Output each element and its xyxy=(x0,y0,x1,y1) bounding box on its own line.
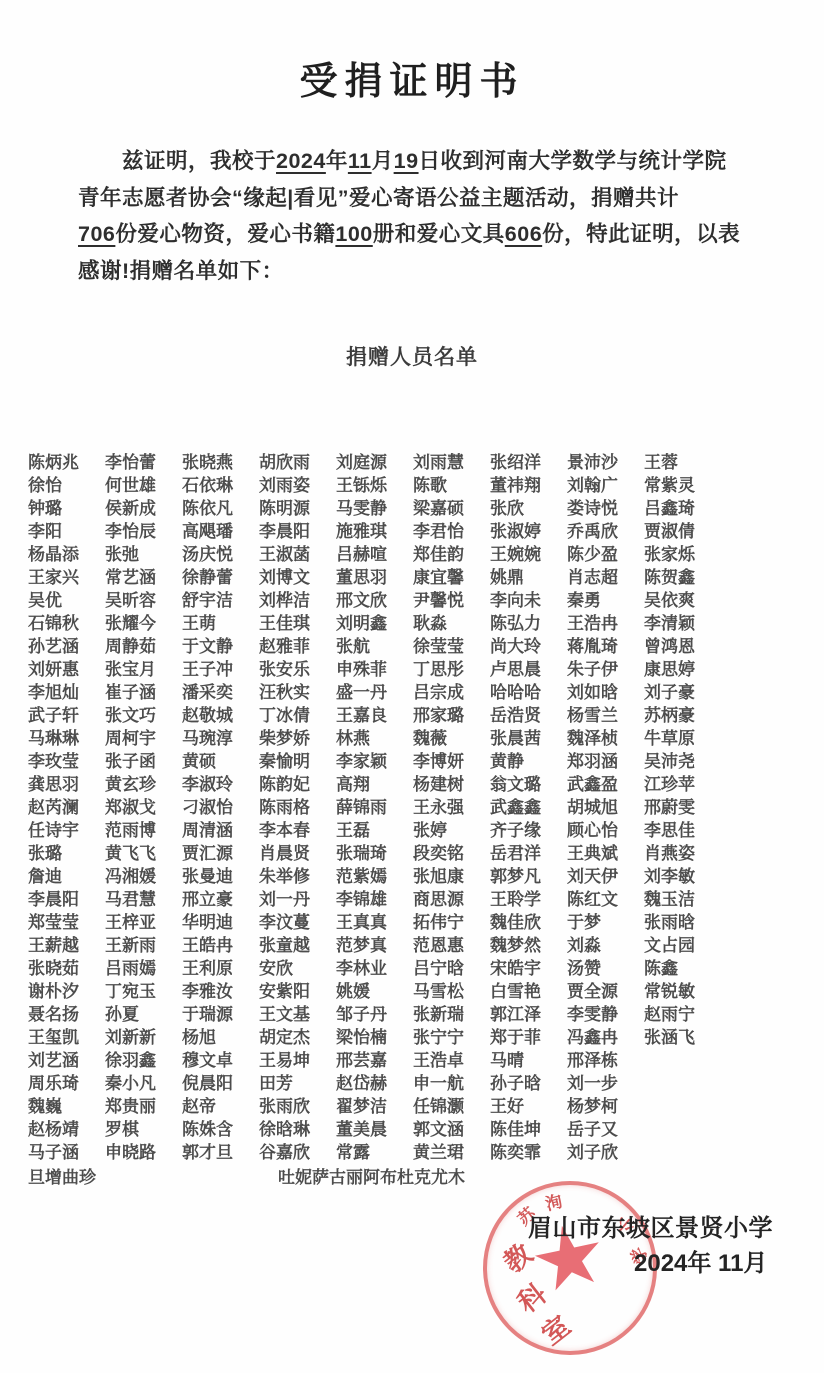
donor-name: 张雨晗 xyxy=(644,911,721,934)
donor-name: 谷嘉欣 xyxy=(259,1141,336,1164)
donor-name: 旦增曲珍 xyxy=(28,1163,96,1188)
donor-name: 刘翰广 xyxy=(567,474,644,497)
donor-name: 王玺凯 xyxy=(28,1026,105,1049)
donor-name: 陈歌 xyxy=(413,474,490,497)
donor-name: 王淑菡 xyxy=(259,543,336,566)
donor-name: 李锦雄 xyxy=(336,888,413,911)
donor-name: 胡欣雨 xyxy=(259,451,336,474)
donor-name: 谢朴汐 xyxy=(28,980,105,1003)
donor-name: 陈炳兆 xyxy=(28,451,105,474)
donor-name: 安紫阳 xyxy=(259,980,336,1003)
donor-name: 刘新新 xyxy=(105,1026,182,1049)
donor-name: 胡城旭 xyxy=(567,796,644,819)
donor-name xyxy=(644,1118,721,1141)
donor-name: 杨建树 xyxy=(413,773,490,796)
donor-name: 姚媛 xyxy=(336,980,413,1003)
donor-name: 牛草原 xyxy=(644,727,721,750)
donor-name: 薛锦雨 xyxy=(336,796,413,819)
donor-name: 康宜馨 xyxy=(413,566,490,589)
donor-name: 陈奕霏 xyxy=(490,1141,567,1164)
donor-name: 王皓冉 xyxy=(182,934,259,957)
donor-name: 邢文欣 xyxy=(336,589,413,612)
donor-name: 张曼迪 xyxy=(182,865,259,888)
donor-name: 李汶蔓 xyxy=(259,911,336,934)
donor-name: 岳君洋 xyxy=(490,842,567,865)
donor-name: 李清颖 xyxy=(644,612,721,635)
donor-name: 尹馨悦 xyxy=(413,589,490,612)
donor-name: 杨旭 xyxy=(182,1026,259,1049)
donor-name: 陈雨格 xyxy=(259,796,336,819)
donor-name: 郑贵丽 xyxy=(105,1095,182,1118)
donor-name: 詹迪 xyxy=(28,865,105,888)
donor-name: 于瑞源 xyxy=(182,1003,259,1026)
donor-name: 舒宇洁 xyxy=(182,589,259,612)
donor-name: 魏佳欣 xyxy=(490,911,567,934)
donor-name: 冯湘媛 xyxy=(105,865,182,888)
donor-grid: 陈炳兆李怡蕾张晓燕胡欣雨刘庭源刘雨慧张绍洋景沛沙王蓉徐怡何世雄石依琳刘雨姿王铄烁… xyxy=(28,451,721,1164)
donor-name: 张晓燕 xyxy=(182,451,259,474)
donor-name: 范梦真 xyxy=(336,934,413,957)
donor-name: 王萌 xyxy=(182,612,259,635)
donor-name: 范紫嫣 xyxy=(336,865,413,888)
donor-name: 商思源 xyxy=(413,888,490,911)
donor-name: 张耀今 xyxy=(105,612,182,635)
donor-name: 王新雨 xyxy=(105,934,182,957)
donor-name: 汤赞 xyxy=(567,957,644,980)
donor-name: 郑于菲 xyxy=(490,1026,567,1049)
donor-name: 刘淼 xyxy=(567,934,644,957)
donor-name: 郑羽涵 xyxy=(567,750,644,773)
paragraph-text: 青年志愿者协会“缘起|看见”爱心寄语公益主题活动，捐赠共计 xyxy=(78,186,679,210)
donor-name: 王浩卓 xyxy=(413,1049,490,1072)
donor-name: 华明迪 xyxy=(182,911,259,934)
donor-name: 张弛 xyxy=(105,543,182,566)
donor-name: 周乐琦 xyxy=(28,1072,105,1095)
donor-name: 乔禹欣 xyxy=(567,520,644,543)
donor-name: 吴优 xyxy=(28,589,105,612)
donor-name: 石依琳 xyxy=(182,474,259,497)
donor-name: 石锦秋 xyxy=(28,612,105,635)
donor-name xyxy=(644,1095,721,1118)
donor-name xyxy=(644,1141,721,1164)
donor-name: 张航 xyxy=(336,635,413,658)
donor-name: 娄诗悦 xyxy=(567,497,644,520)
donor-name: 哈哈哈 xyxy=(490,681,567,704)
donor-name: 吕赫喧 xyxy=(336,543,413,566)
donor-name: 马君慧 xyxy=(105,888,182,911)
donor-name: 黄飞飞 xyxy=(105,842,182,865)
donor-name: 刁淑怡 xyxy=(182,796,259,819)
donor-name: 岳子又 xyxy=(567,1118,644,1141)
donor-name: 常锐敏 xyxy=(644,980,721,1003)
donor-name: 卢思晨 xyxy=(490,658,567,681)
donor-name: 龚思羽 xyxy=(28,773,105,796)
donor-name: 景沛沙 xyxy=(567,451,644,474)
donor-grid-last-row: 旦增曲珍 吐妮萨古丽阿布杜克尤木 xyxy=(28,1163,788,1186)
donor-name: 李博妍 xyxy=(413,750,490,773)
donor-name: 田芳 xyxy=(259,1072,336,1095)
donor-name: 江珍苹 xyxy=(644,773,721,796)
donor-name: 吴沛尧 xyxy=(644,750,721,773)
donor-name: 魏薇 xyxy=(413,727,490,750)
donor-name: 吕雨嫣 xyxy=(105,957,182,980)
donor-name xyxy=(644,1049,721,1072)
donation-certificate-page: 受捐证明书 兹证明，我校于2024年11月19日收到河南大学数学与统计学院青年志… xyxy=(0,0,824,1373)
donor-name: 秦勇 xyxy=(567,589,644,612)
donor-name: 刘雨慧 xyxy=(413,451,490,474)
donor-name: 李玫莹 xyxy=(28,750,105,773)
donor-name: 高飓璠 xyxy=(182,520,259,543)
donor-name: 刘子欣 xyxy=(567,1141,644,1164)
donor-name: 李雯静 xyxy=(567,1003,644,1026)
donor-name: 黄玄珍 xyxy=(105,773,182,796)
donor-name: 魏泽桢 xyxy=(567,727,644,750)
page-title: 受捐证明书 xyxy=(0,50,824,105)
donor-name: 李本春 xyxy=(259,819,336,842)
donor-name: 杨晶添 xyxy=(28,543,105,566)
paragraph-text: 册和爱心文具 xyxy=(373,222,505,246)
donor-name: 周清涵 xyxy=(182,819,259,842)
donor-name: 林燕 xyxy=(336,727,413,750)
donor-name: 李雅汝 xyxy=(182,980,259,1003)
donor-name: 陈韵妃 xyxy=(259,773,336,796)
donor-name: 郭江泽 xyxy=(490,1003,567,1026)
donor-name: 王典斌 xyxy=(567,842,644,865)
donor-name: 刘一丹 xyxy=(259,888,336,911)
school-name: 眉山市东坡区景贤小学 xyxy=(528,1208,773,1243)
donor-name: 于文静 xyxy=(182,635,259,658)
donor-name: 刘子豪 xyxy=(644,681,721,704)
donor-name: 聂名扬 xyxy=(28,1003,105,1026)
donor-name: 马晴 xyxy=(490,1049,567,1072)
donor-name: 李向未 xyxy=(490,589,567,612)
donor-name: 梁怡楠 xyxy=(336,1026,413,1049)
donor-name: 邢芸嘉 xyxy=(336,1049,413,1072)
donor-name: 徐羽鑫 xyxy=(105,1049,182,1072)
donor-name: 任诗宇 xyxy=(28,819,105,842)
donor-name: 陈弘力 xyxy=(490,612,567,635)
donor-name: 周柯宇 xyxy=(105,727,182,750)
donor-name: 汤庆悦 xyxy=(182,543,259,566)
donor-name: 刘李敏 xyxy=(644,865,721,888)
donor-name: 王蓉 xyxy=(644,451,721,474)
donor-name: 崔子涵 xyxy=(105,681,182,704)
donor-name: 陈依凡 xyxy=(182,497,259,520)
donor-name: 王真真 xyxy=(336,911,413,934)
donor-name: 郭文涵 xyxy=(413,1118,490,1141)
donor-name: 张晨茜 xyxy=(490,727,567,750)
donor-name: 吐妮萨古丽阿布杜克尤木 xyxy=(278,1163,465,1188)
donor-name: 李晨阳 xyxy=(28,888,105,911)
donor-name: 康思婷 xyxy=(644,658,721,681)
donor-name: 申晓路 xyxy=(105,1141,182,1164)
donor-name: 顾心怡 xyxy=(567,819,644,842)
donor-name: 张雨欣 xyxy=(259,1095,336,1118)
donor-name: 穆文卓 xyxy=(182,1049,259,1072)
donor-name: 张旭康 xyxy=(413,865,490,888)
donor-name: 刘庭源 xyxy=(336,451,413,474)
donor-name: 秦小凡 xyxy=(105,1072,182,1095)
donor-name: 刘天伊 xyxy=(567,865,644,888)
donor-name: 朱举修 xyxy=(259,865,336,888)
donor-name: 罗棋 xyxy=(105,1118,182,1141)
donor-name: 齐子缘 xyxy=(490,819,567,842)
donor-name: 贾汇源 xyxy=(182,842,259,865)
donor-name: 陈佳坤 xyxy=(490,1118,567,1141)
donor-name: 郑淑戈 xyxy=(105,796,182,819)
donor-name: 侯新成 xyxy=(105,497,182,520)
donor-name: 任锦灏 xyxy=(413,1095,490,1118)
donor-name: 申殊菲 xyxy=(336,658,413,681)
donor-name: 张新瑞 xyxy=(413,1003,490,1026)
donor-name: 张欣 xyxy=(490,497,567,520)
donor-name: 倪晨阳 xyxy=(182,1072,259,1095)
donor-name: 吕鑫琦 xyxy=(644,497,721,520)
donor-name: 张璐 xyxy=(28,842,105,865)
donor-name: 肖燕姿 xyxy=(644,842,721,865)
donor-name: 李怡辰 xyxy=(105,520,182,543)
donor-name: 杨雪兰 xyxy=(567,704,644,727)
donor-name: 赵芮澜 xyxy=(28,796,105,819)
donor-name: 周静茹 xyxy=(105,635,182,658)
donor-name: 陈少盈 xyxy=(567,543,644,566)
donor-name: 黄静 xyxy=(490,750,567,773)
donor-name: 拓伟宁 xyxy=(413,911,490,934)
paragraph-line: 青年志愿者协会“缘起|看见”爱心寄语公益主题活动，捐赠共计 xyxy=(78,180,726,217)
donor-name: 赵帝 xyxy=(182,1095,259,1118)
donor-name: 赵岱赫 xyxy=(336,1072,413,1095)
donor-name: 郭才旦 xyxy=(182,1141,259,1164)
paragraph-text: 月 xyxy=(372,149,394,173)
donor-name: 范雨博 xyxy=(105,819,182,842)
donor-name: 曾鸿恩 xyxy=(644,635,721,658)
donor-name: 蒋胤琦 xyxy=(567,635,644,658)
donor-name: 董思羽 xyxy=(336,566,413,589)
paragraph-text: 兹证明，我校于 xyxy=(122,149,276,173)
donor-name: 马雯静 xyxy=(336,497,413,520)
donor-name: 贾全源 xyxy=(567,980,644,1003)
donor-name: 王薪越 xyxy=(28,934,105,957)
donor-name: 张绍洋 xyxy=(490,451,567,474)
donor-name: 安欣 xyxy=(259,957,336,980)
underlined-number: 706 xyxy=(78,222,115,246)
donor-name: 汪秋实 xyxy=(259,681,336,704)
donor-name: 马琬淳 xyxy=(182,727,259,750)
paragraph-line: 感谢!捐赠名单如下： xyxy=(78,253,726,290)
donor-name: 翁文璐 xyxy=(490,773,567,796)
donor-name: 王佳琪 xyxy=(259,612,336,635)
donor-name: 董美晨 xyxy=(336,1118,413,1141)
donor-name: 王子冲 xyxy=(182,658,259,681)
donor-name: 何世雄 xyxy=(105,474,182,497)
donor-name: 张子函 xyxy=(105,750,182,773)
donor-name: 陈红文 xyxy=(567,888,644,911)
donor-name: 施雅琪 xyxy=(336,520,413,543)
donor-name: 赵敬城 xyxy=(182,704,259,727)
donor-name: 于梦 xyxy=(567,911,644,934)
donor-name: 徐莹莹 xyxy=(413,635,490,658)
donor-name: 赵雨宁 xyxy=(644,1003,721,1026)
donor-name: 张宁宁 xyxy=(413,1026,490,1049)
donor-name: 肖志超 xyxy=(567,566,644,589)
donor-name: 李阳 xyxy=(28,520,105,543)
donor-name: 白雪艳 xyxy=(490,980,567,1003)
donor-name: 黄兰珺 xyxy=(413,1141,490,1164)
donor-name: 宋皓宇 xyxy=(490,957,567,980)
underlined-number: 100 xyxy=(335,222,372,246)
donor-name: 郑佳韵 xyxy=(413,543,490,566)
donor-name: 徐晗琳 xyxy=(259,1118,336,1141)
donor-name: 赵杨靖 xyxy=(28,1118,105,1141)
donor-name: 王梓亚 xyxy=(105,911,182,934)
donor-name: 李怡蕾 xyxy=(105,451,182,474)
donor-name: 秦愉明 xyxy=(259,750,336,773)
donor-name: 岳浩贤 xyxy=(490,704,567,727)
donor-name: 魏巍 xyxy=(28,1095,105,1118)
donor-name: 尚大玲 xyxy=(490,635,567,658)
donor-name: 文占园 xyxy=(644,934,721,957)
donor-name: 武子轩 xyxy=(28,704,105,727)
donor-name: 段奕铭 xyxy=(413,842,490,865)
donor-name: 赵雅菲 xyxy=(259,635,336,658)
donor-name: 王聆学 xyxy=(490,888,567,911)
paragraph-text: 份，特此证明，以表 xyxy=(542,222,740,246)
donor-name: 耿淼 xyxy=(413,612,490,635)
donor-name: 李晨阳 xyxy=(259,520,336,543)
donor-name: 李旭灿 xyxy=(28,681,105,704)
donor-name: 陈鑫 xyxy=(644,957,721,980)
underlined-number: 11 xyxy=(348,149,372,173)
donor-name: 张晓茹 xyxy=(28,957,105,980)
donor-name: 王好 xyxy=(490,1095,567,1118)
donor-name: 丁思彤 xyxy=(413,658,490,681)
donor-name: 孙艺涵 xyxy=(28,635,105,658)
donor-name: 刘如晗 xyxy=(567,681,644,704)
donor-name: 王文基 xyxy=(259,1003,336,1026)
donor-list-title: 捐赠人员名单 xyxy=(0,341,824,371)
donor-name: 刘明鑫 xyxy=(336,612,413,635)
donor-name: 高翔 xyxy=(336,773,413,796)
donor-name: 张涵飞 xyxy=(644,1026,721,1049)
donor-name: 张瑞琦 xyxy=(336,842,413,865)
donor-name: 钟璐 xyxy=(28,497,105,520)
donor-name: 吕宗成 xyxy=(413,681,490,704)
donor-name: 郑莹莹 xyxy=(28,911,105,934)
paragraph-text: 年 xyxy=(326,149,348,173)
donor-name: 邹子丹 xyxy=(336,1003,413,1026)
donor-name: 盛一丹 xyxy=(336,681,413,704)
donor-name: 马雪松 xyxy=(413,980,490,1003)
donor-name: 刘桦洁 xyxy=(259,589,336,612)
donor-name: 王利原 xyxy=(182,957,259,980)
donor-name: 范恩惠 xyxy=(413,934,490,957)
donor-name: 张家烁 xyxy=(644,543,721,566)
donor-name: 潘采奕 xyxy=(182,681,259,704)
donor-name: 魏玉洁 xyxy=(644,888,721,911)
donor-name: 王婉婉 xyxy=(490,543,567,566)
donor-name: 刘妍惠 xyxy=(28,658,105,681)
donor-name: 肖晨贤 xyxy=(259,842,336,865)
donor-name: 李君怡 xyxy=(413,520,490,543)
paragraph-line: 706份爱心物资，爱心书籍100册和爱心文具606份，特此证明，以表 xyxy=(78,216,726,253)
donor-name: 杨梦柯 xyxy=(567,1095,644,1118)
donor-name: 马子涵 xyxy=(28,1141,105,1164)
certificate-paragraph: 兹证明，我校于2024年11月19日收到河南大学数学与统计学院青年志愿者协会“缘… xyxy=(78,143,726,289)
donor-name: 陈明源 xyxy=(259,497,336,520)
donor-name: 张婷 xyxy=(413,819,490,842)
donor-name: 陈姝含 xyxy=(182,1118,259,1141)
donor-name: 武鑫盈 xyxy=(567,773,644,796)
donor-name: 丁宛玉 xyxy=(105,980,182,1003)
underlined-number: 2024 xyxy=(276,149,326,173)
donor-name: 魏梦然 xyxy=(490,934,567,957)
donor-name: 徐静蕾 xyxy=(182,566,259,589)
donor-name: 王嘉良 xyxy=(336,704,413,727)
donor-name: 孙夏 xyxy=(105,1003,182,1026)
donor-name: 孙子晗 xyxy=(490,1072,567,1095)
donor-name: 王浩冉 xyxy=(567,612,644,635)
donor-name: 贾淑倩 xyxy=(644,520,721,543)
donor-name: 申一航 xyxy=(413,1072,490,1095)
underlined-number: 19 xyxy=(394,149,419,173)
donor-name: 姚鼎 xyxy=(490,566,567,589)
donor-name: 吴昕容 xyxy=(105,589,182,612)
donor-name: 常紫灵 xyxy=(644,474,721,497)
donor-name: 刘雨姿 xyxy=(259,474,336,497)
paragraph-text: 感谢!捐赠名单如下： xyxy=(78,259,284,283)
donor-name: 徐怡 xyxy=(28,474,105,497)
donor-name: 常艺涵 xyxy=(105,566,182,589)
donor-name: 朱子伊 xyxy=(567,658,644,681)
donor-name: 苏柄豪 xyxy=(644,704,721,727)
donor-name: 邢泽栋 xyxy=(567,1049,644,1072)
donor-name: 张安乐 xyxy=(259,658,336,681)
underlined-number: 606 xyxy=(505,222,542,246)
donor-name: 王铄烁 xyxy=(336,474,413,497)
donor-name: 梁嘉硕 xyxy=(413,497,490,520)
donor-name: 刘艺涵 xyxy=(28,1049,105,1072)
donor-name: 王磊 xyxy=(336,819,413,842)
donor-name: 刘博文 xyxy=(259,566,336,589)
donor-name: 柴梦娇 xyxy=(259,727,336,750)
donor-name: 吴依爽 xyxy=(644,589,721,612)
donor-name: 常露 xyxy=(336,1141,413,1164)
donor-name: 刘一步 xyxy=(567,1072,644,1095)
donor-name: 王永强 xyxy=(413,796,490,819)
donor-name: 张淑婷 xyxy=(490,520,567,543)
donor-name: 吕宁晗 xyxy=(413,957,490,980)
donor-name: 张文巧 xyxy=(105,704,182,727)
donor-name: 陈贺鑫 xyxy=(644,566,721,589)
signature-date: 2024年 11月 xyxy=(634,1243,767,1278)
paragraph-line: 兹证明，我校于2024年11月19日收到河南大学数学与统计学院 xyxy=(78,143,726,180)
donor-name: 黄硕 xyxy=(182,750,259,773)
donor-name: 李林业 xyxy=(336,957,413,980)
donor-name: 王家兴 xyxy=(28,566,105,589)
donor-name: 李思佳 xyxy=(644,819,721,842)
donor-name: 冯鑫冉 xyxy=(567,1026,644,1049)
donor-name: 李淑玲 xyxy=(182,773,259,796)
donor-name: 邢立豪 xyxy=(182,888,259,911)
donor-name: 张宝月 xyxy=(105,658,182,681)
donor-name xyxy=(644,1072,721,1095)
donor-name: 丁冰倩 xyxy=(259,704,336,727)
donor-name: 马琳琳 xyxy=(28,727,105,750)
donor-name: 武鑫鑫 xyxy=(490,796,567,819)
donor-name: 邢家璐 xyxy=(413,704,490,727)
donor-name: 邢蔚雯 xyxy=(644,796,721,819)
donor-name: 郭梦凡 xyxy=(490,865,567,888)
